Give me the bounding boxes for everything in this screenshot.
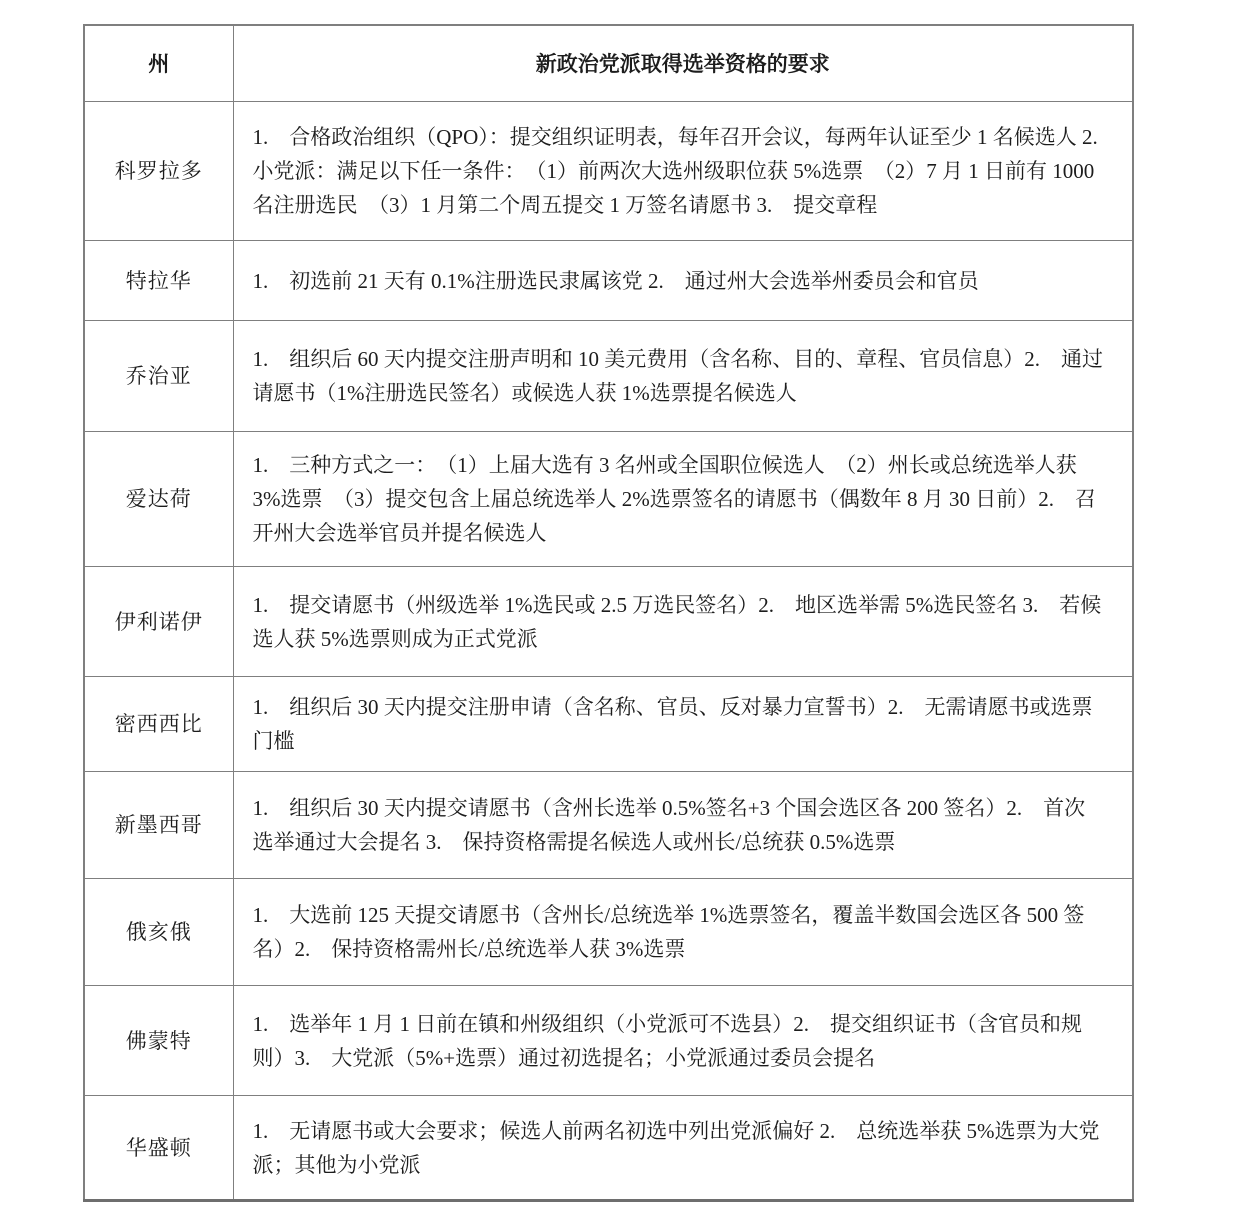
- table-header: 州 新政治党派取得选举资格的要求: [84, 25, 1133, 102]
- table-row: 俄亥俄1. 大选前 125 天提交请愿书（含州长/总统选举 1%选票签名，覆盖半…: [84, 879, 1133, 986]
- state-cell: 特拉华: [84, 241, 233, 321]
- requirements-cell: 1. 初选前 21 天有 0.1%注册选民隶属该党 2. 通过州大会选举州委员会…: [233, 241, 1133, 321]
- state-cell: 华盛顿: [84, 1096, 233, 1201]
- state-cell: 科罗拉多: [84, 102, 233, 241]
- header-row: 州 新政治党派取得选举资格的要求: [84, 25, 1133, 102]
- table-body: 科罗拉多1. 合格政治组织（QPO）：提交组织证明表，每年召开会议，每两年认证至…: [84, 102, 1133, 1201]
- requirements-cell: 1. 组织后 60 天内提交注册声明和 10 美元费用（含名称、目的、章程、官员…: [233, 321, 1133, 432]
- requirements-cell: 1. 提交请愿书（州级选举 1%选民或 2.5 万选民签名）2. 地区选举需 5…: [233, 567, 1133, 677]
- table-row: 爱达荷1. 三种方式之一： （1）上届大选有 3 名州或全国职位候选人 （2）州…: [84, 432, 1133, 567]
- state-cell: 乔治亚: [84, 321, 233, 432]
- state-cell: 新墨西哥: [84, 772, 233, 879]
- table-row: 新墨西哥1. 组织后 30 天内提交请愿书（含州长选举 0.5%签名+3 个国会…: [84, 772, 1133, 879]
- table-row: 科罗拉多1. 合格政治组织（QPO）：提交组织证明表，每年召开会议，每两年认证至…: [84, 102, 1133, 241]
- state-cell: 爱达荷: [84, 432, 233, 567]
- state-cell: 伊利诺伊: [84, 567, 233, 677]
- state-cell: 佛蒙特: [84, 986, 233, 1096]
- requirements-column-header: 新政治党派取得选举资格的要求: [233, 25, 1133, 102]
- table-row: 伊利诺伊1. 提交请愿书（州级选举 1%选民或 2.5 万选民签名）2. 地区选…: [84, 567, 1133, 677]
- requirements-cell: 1. 组织后 30 天内提交请愿书（含州长选举 0.5%签名+3 个国会选区各 …: [233, 772, 1133, 879]
- state-cell: 俄亥俄: [84, 879, 233, 986]
- document-page: 州 新政治党派取得选举资格的要求 科罗拉多1. 合格政治组织（QPO）：提交组织…: [0, 0, 1241, 1218]
- state-column-header: 州: [84, 25, 233, 102]
- requirements-cell: 1. 合格政治组织（QPO）：提交组织证明表，每年召开会议，每两年认证至少 1 …: [233, 102, 1133, 241]
- state-requirements-table: 州 新政治党派取得选举资格的要求 科罗拉多1. 合格政治组织（QPO）：提交组织…: [83, 24, 1134, 1202]
- table-row: 佛蒙特1. 选举年 1 月 1 日前在镇和州级组织（小党派可不选县）2. 提交组…: [84, 986, 1133, 1096]
- table-row: 乔治亚1. 组织后 60 天内提交注册声明和 10 美元费用（含名称、目的、章程…: [84, 321, 1133, 432]
- table-row: 特拉华1. 初选前 21 天有 0.1%注册选民隶属该党 2. 通过州大会选举州…: [84, 241, 1133, 321]
- state-cell: 密西西比: [84, 677, 233, 772]
- requirements-cell: 1. 大选前 125 天提交请愿书（含州长/总统选举 1%选票签名，覆盖半数国会…: [233, 879, 1133, 986]
- requirements-cell: 1. 组织后 30 天内提交注册申请（含名称、官员、反对暴力宣誓书）2. 无需请…: [233, 677, 1133, 772]
- table-row: 华盛顿1. 无请愿书或大会要求；候选人前两名初选中列出党派偏好 2. 总统选举获…: [84, 1096, 1133, 1201]
- requirements-cell: 1. 选举年 1 月 1 日前在镇和州级组织（小党派可不选县）2. 提交组织证书…: [233, 986, 1133, 1096]
- table-row: 密西西比1. 组织后 30 天内提交注册申请（含名称、官员、反对暴力宣誓书）2.…: [84, 677, 1133, 772]
- requirements-cell: 1. 无请愿书或大会要求；候选人前两名初选中列出党派偏好 2. 总统选举获 5%…: [233, 1096, 1133, 1201]
- requirements-cell: 1. 三种方式之一： （1）上届大选有 3 名州或全国职位候选人 （2）州长或总…: [233, 432, 1133, 567]
